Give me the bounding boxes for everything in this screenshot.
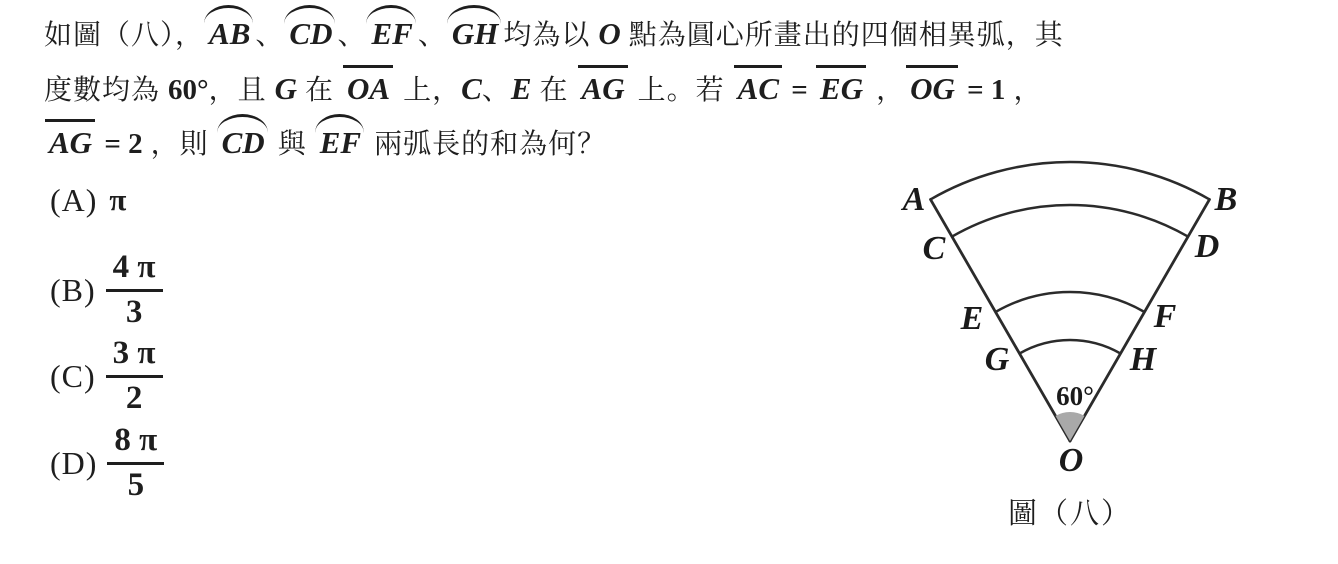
- segment-eg: EG: [818, 69, 865, 109]
- text-segment: 兩弧長的和為何？: [366, 129, 606, 160]
- math-var-o: O: [598, 16, 620, 51]
- segment-ag: AG: [47, 123, 94, 163]
- label-a: A: [901, 181, 926, 218]
- segment-oa: OA: [345, 69, 392, 109]
- text-segment: 均為以: [503, 20, 598, 51]
- arc-ab: [931, 162, 1210, 199]
- fraction-denominator: 2: [126, 378, 143, 416]
- segment-ag: AG: [580, 69, 627, 109]
- option-b: (B) 4 π 3: [50, 247, 163, 333]
- arc-notation-ab: AB: [207, 14, 252, 54]
- problem-line-1: 如圖（八），AB、CD、EF、GH均為以 O 點為圓心所畫出的四個相異弧，其: [44, 14, 1064, 56]
- label-h: H: [1129, 341, 1158, 378]
- math-var-c: C: [461, 71, 482, 106]
- text-segment: 在: [532, 75, 577, 106]
- arc-notation-ef: EF: [369, 14, 414, 54]
- fraction-numerator: 4 π: [106, 250, 163, 292]
- equals-two: = 2: [97, 128, 143, 160]
- angle-wedge: [1056, 412, 1085, 441]
- text-segment: 點為圓心所畫出的四個相異弧，其: [621, 20, 1064, 51]
- sector-figure-svg: A B C D E F G H O 60° 圖（八）: [870, 150, 1330, 562]
- text-segment: 在: [297, 75, 342, 106]
- math-problem-page: { "colors": { "ink": "#1e1e1e", "figure_…: [0, 0, 1338, 564]
- label-b: B: [1214, 181, 1238, 218]
- arc-notation-gh: GH: [450, 14, 501, 54]
- arc-gh: [1020, 340, 1121, 354]
- figure-container: A B C D E F G H O 60° 圖（八）: [870, 150, 1330, 562]
- arc-notation-cd: CD: [287, 14, 334, 54]
- option-label: (A): [50, 182, 97, 219]
- text-segment: 度數均為: [44, 75, 168, 106]
- label-o: O: [1059, 442, 1084, 479]
- text-segment: 、: [418, 20, 447, 51]
- figure-caption: 圖（八）: [1008, 498, 1132, 530]
- segment-ac: AC: [736, 69, 781, 109]
- text-segment: ，則: [143, 129, 217, 160]
- fraction-numerator: 8 π: [107, 423, 164, 465]
- label-c: C: [923, 230, 946, 267]
- problem-line-2: 度數均為 60°，且 G 在 OA 上，C、E 在 AG 上。若 AC = EG…: [44, 69, 1042, 111]
- fraction-denominator: 5: [128, 465, 145, 503]
- problem-line-3: AG = 2 ，則 CD 與 EF 兩弧長的和為何？: [44, 123, 606, 165]
- value-60-degrees: 60°: [168, 74, 209, 106]
- option-c: (C) 3 π 2: [50, 333, 163, 419]
- option-label: (C): [50, 358, 96, 395]
- fraction-denominator: 3: [126, 292, 143, 330]
- label-g: G: [985, 341, 1010, 378]
- text-segment: 、: [255, 20, 284, 51]
- segment-og: OG: [908, 69, 957, 109]
- text-segment: ，: [1005, 75, 1042, 106]
- text-segment: 、: [337, 20, 366, 51]
- option-a: (A) π: [50, 178, 126, 222]
- math-var-e: E: [511, 71, 532, 106]
- fraction: 4 π 3: [106, 250, 163, 329]
- arc-cd: [952, 205, 1188, 237]
- label-e: E: [960, 300, 984, 337]
- fraction: 8 π 5: [107, 423, 164, 502]
- text-segment: 、: [482, 75, 511, 106]
- text-segment: ，且: [209, 75, 275, 106]
- radius-line-oa: [931, 199, 1071, 441]
- fraction-numerator: 3 π: [106, 336, 163, 378]
- arc-notation-cd: CD: [220, 123, 267, 163]
- arc-notation-ef: EF: [318, 123, 363, 163]
- label-f: F: [1153, 298, 1177, 335]
- text-segment: 上，: [395, 75, 461, 106]
- label-d: D: [1194, 228, 1220, 265]
- option-label: (D): [50, 445, 97, 482]
- arc-ef: [996, 292, 1145, 312]
- text-segment: 如圖（八），: [44, 20, 204, 51]
- fraction: 3 π 2: [106, 336, 163, 415]
- text-segment: 與: [270, 129, 315, 160]
- text-segment: ，: [868, 75, 905, 106]
- option-value: π: [109, 182, 126, 218]
- math-var-g: G: [275, 71, 297, 106]
- option-label: (B): [50, 272, 96, 309]
- text-segment: 上。若: [630, 75, 733, 106]
- angle-label: 60°: [1056, 381, 1094, 411]
- equals-sign: =: [784, 74, 815, 106]
- equals-one: = 1: [960, 74, 1006, 106]
- option-d: (D) 8 π 5: [50, 420, 164, 506]
